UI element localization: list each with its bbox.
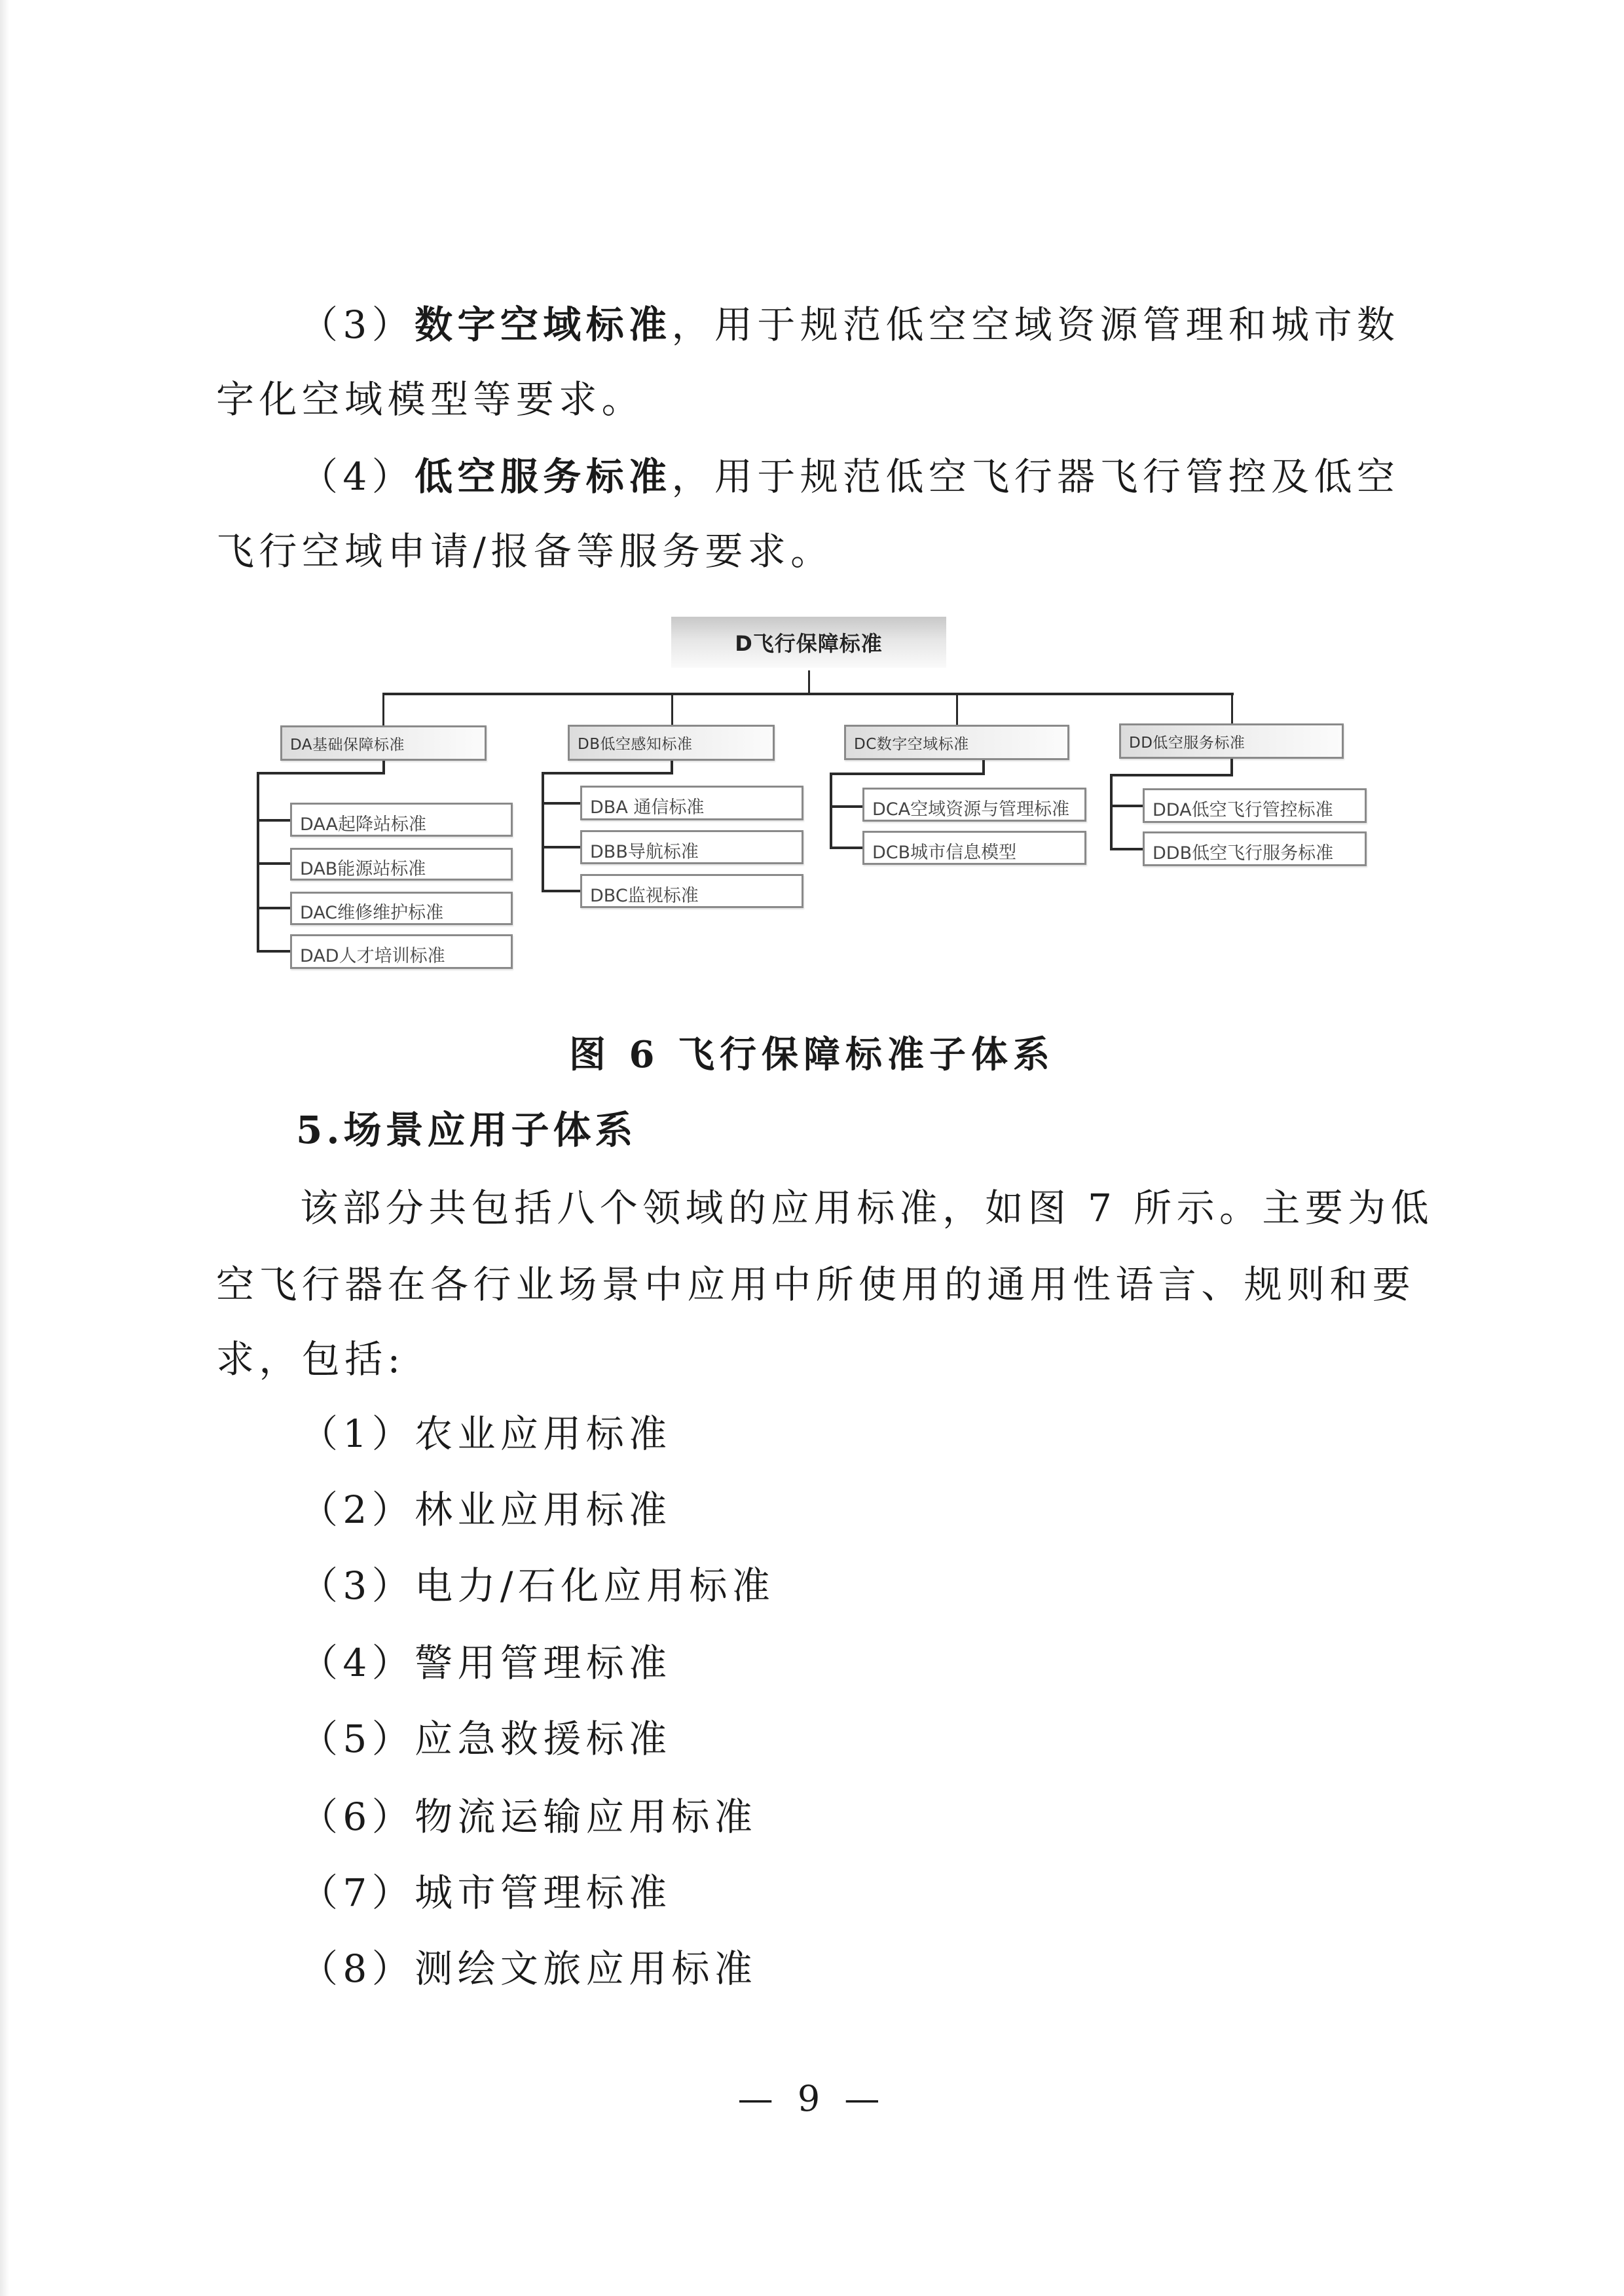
diagram-node-da: DA基础保障标准 <box>280 725 487 761</box>
connector-line <box>257 907 290 909</box>
connector-line <box>1110 805 1143 807</box>
connector-line <box>671 693 673 725</box>
connector-line <box>956 693 958 725</box>
item-4-text: ，用于规范低空飞行器飞行管控及低空 <box>672 454 1400 499</box>
connector-line <box>808 670 810 695</box>
diagram-node-daa: DAA起降站标准 <box>290 803 513 837</box>
section-para-line-2: 空飞行器在各行业场景中应用中所使用的通用性语言、规则和要 <box>216 1258 1414 1311</box>
list-item: （3）电力/石化应用标准 <box>300 1559 775 1612</box>
section-para-line-3: 求，包括: <box>216 1333 1414 1385</box>
list-item: （7）城市管理标准 <box>300 1867 672 1919</box>
connector-line <box>830 773 832 849</box>
list-item: （6）物流运输应用标准 <box>300 1791 757 1843</box>
connector-line <box>382 693 384 726</box>
diagram-node-dab: DAB能源站标准 <box>290 848 513 881</box>
item-3-line-2: 字化空域模型等要求。 <box>216 373 1414 426</box>
section-heading: 5.场景应用子体系 <box>296 1104 637 1156</box>
connector-line <box>542 772 544 892</box>
item-3-line-1: （3）数字空域标准，用于规范低空空域资源管理和城市数 <box>300 299 1414 351</box>
page-number: — 9 — <box>0 2075 1624 2123</box>
figure-caption: 图 6 飞行保障标准子体系 <box>0 1029 1624 1081</box>
diagram-node-dac: DAC维修维护标准 <box>290 892 513 925</box>
item-4-label: （4） <box>300 454 415 499</box>
connector-line <box>1110 774 1113 850</box>
diagram-node-dd: DD低空服务标准 <box>1119 723 1344 759</box>
connector-line <box>257 950 290 953</box>
connector-line <box>830 847 862 849</box>
item-3-label: （3） <box>300 302 415 347</box>
diagram-node-db: DB低空感知标准 <box>568 725 775 761</box>
connector-line <box>1110 848 1143 850</box>
connector-line <box>1110 774 1233 776</box>
scan-edge-shadow <box>0 0 9 2296</box>
connector-line <box>830 805 862 808</box>
connector-line <box>542 772 673 774</box>
connector-line <box>830 773 985 775</box>
item-4-line-1: （4）低空服务标准，用于规范低空飞行器飞行管控及低空 <box>300 450 1414 503</box>
diagram-node-dbb: DBB导航标准 <box>580 830 803 864</box>
connector-line <box>257 819 290 822</box>
item-3-title: 数字空域标准 <box>415 302 671 347</box>
list-item: （2）林业应用标准 <box>300 1484 672 1536</box>
diagram-node-dca: DCA空域资源与管理标准 <box>862 788 1086 822</box>
item-4-title: 低空服务标准 <box>415 454 671 499</box>
diagram-node-dba: DBA 通信标准 <box>580 786 803 820</box>
list-item: （1）农业应用标准 <box>300 1408 672 1460</box>
connector-line <box>382 693 1234 695</box>
list-item: （5）应急救援标准 <box>300 1713 672 1765</box>
item-4-line-2: 飞行空域申请/报备等服务要求。 <box>216 525 1414 577</box>
list-item: （4）警用管理标准 <box>300 1637 672 1689</box>
diagram-node-dda: DDA低空飞行管控标准 <box>1143 788 1367 823</box>
diagram-node-dbc: DBC监视标准 <box>580 874 803 908</box>
section-para-line-1: 该部分共包括八个领域的应用标准，如图 7 所示。主要为低 <box>300 1182 1414 1234</box>
connector-line <box>542 890 580 892</box>
diagram-node-dad: DAD人才培训标准 <box>290 934 513 969</box>
diagram-root-node: D飞行保障标准 <box>671 617 946 668</box>
diagram-node-dcb: DCB城市信息模型 <box>862 831 1086 865</box>
list-item: （8）测绘文旅应用标准 <box>300 1942 757 1995</box>
connector-line <box>257 772 385 774</box>
item-3-text: ，用于规范低空空域资源管理和城市数 <box>672 302 1400 347</box>
connector-line <box>257 862 290 865</box>
diagram-node-dc: DC数字空域标准 <box>844 725 1069 760</box>
diagram-node-ddb: DDB低空飞行服务标准 <box>1143 831 1367 866</box>
connector-line <box>542 802 580 805</box>
connector-line <box>1231 693 1233 724</box>
connector-line <box>542 846 580 848</box>
